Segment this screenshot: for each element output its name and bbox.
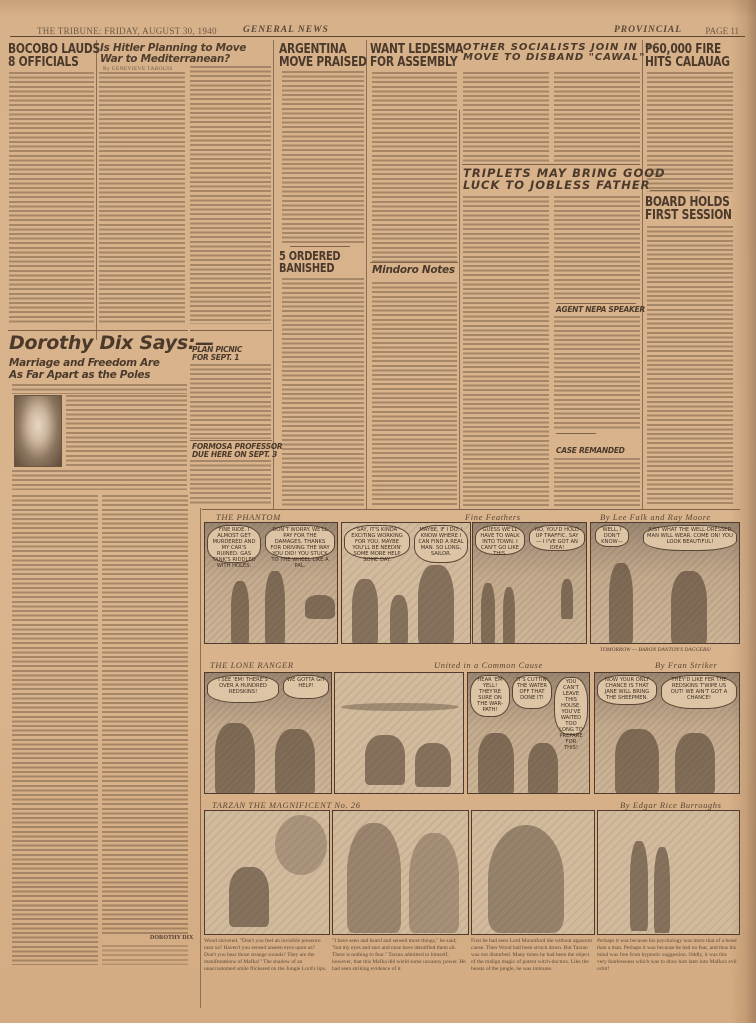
headline-dorothy-dix: Dorothy Dix Says:— [9,334,214,353]
car-figure [305,595,335,619]
speech-bubble: Hear 'em yell! They're sure on the war-p… [470,675,510,717]
article-body-case [554,458,640,506]
tarzan-panel-1 [204,810,330,935]
horse-rider-figure [415,743,451,787]
article-body-argentina [282,71,364,246]
phantom-panel-1: Fine ride. I almost get murdered and my … [204,522,338,644]
speech-bubble: They'd like fer the redskins t'wipe us o… [661,675,737,709]
article-body-ledesma [372,72,457,262]
article-body-formosa [190,460,271,506]
article-body-hitler-col2 [190,66,271,324]
column-rule [366,40,367,510]
tarzan-portrait [488,825,564,933]
tarzan-caption-3: First he had seen Lord Mountford die wit… [471,938,593,972]
phantom-panel-3: Guess we'll have to walk into town. I ca… [472,522,587,644]
comic-credit-lone-ranger: By Fran Striker [655,660,717,670]
comic-credit-phantom: By Lee Falk and Ray Moore [600,512,711,522]
comic-title-tarzan: TARZAN THE MAGNIFICENT No. 26 [212,800,361,810]
speech-bubble: No, you'd hold up traffic. Say — I I've … [529,525,585,551]
cowboy-figure [215,723,255,794]
speech-bubble: Fine ride. I almost get murdered and my … [207,525,261,563]
speech-bubble: I see 'em! There's over a hundred redski… [207,675,279,703]
headline-fire: ₱60,000 FIRE HITS CALAUAG [645,43,730,69]
divider [556,303,636,304]
sailor-figure [231,581,249,644]
tarzan-caption-2: "I have seen and heard and sensed more t… [332,938,467,972]
column-rule [459,110,460,510]
speech-bubble: Just what the well-dressed man will wear… [643,525,737,551]
article-body-dix-col1 [12,495,98,965]
headline-triplets: TRIPLETS MAY BRING GOOD LUCK TO JOBLESS … [463,168,666,191]
page-edge-shadow [730,0,756,1023]
speech-bubble: Well, I don't know— [595,525,629,547]
phantom-figure [265,571,285,644]
tarzan-panel-3 [471,810,595,935]
headline-case-remanded: CASE REMANDED [556,447,625,455]
editors-note [102,945,188,965]
divider [650,190,700,191]
woman-figure [390,595,408,644]
column-rule [200,508,201,1008]
column-rule [642,40,643,510]
headline-hitler: Is Hitler Planning to Move War to Medite… [100,43,246,64]
tarzan-figure [229,867,269,927]
article-body-dix-full [12,470,187,490]
divider [190,330,272,331]
comic-title-lone-ranger: THE LONE RANGER [210,660,294,670]
warrior-figure [630,841,648,931]
divider [8,330,188,331]
headline-board: BOARD HOLDS FIRST SESSION [645,196,732,222]
article-body-ordered [282,278,364,506]
comic-credit-tarzan: By Edgar Rice Burroughs [620,800,722,810]
subhead-dorothy-dix: Marriage and Freedom Are As Far Apart as… [9,357,160,381]
lone-ranger-panel-3: Hear 'em yell! They're sure on the war-p… [467,672,590,794]
phantom-panel-4: Well, I don't know— Just what the well-d… [590,522,740,644]
speech-bubble: Guess we'll have to walk into town. I ca… [475,525,525,555]
divider [556,433,596,434]
man-figure [675,733,715,794]
phantom-tomorrow-caption: TOMORROW — BARON DANTON'S DAGGERS! [600,647,711,653]
warrior-figure [654,847,670,933]
speech-bubble: Don't worry. We'll pay for the damages. … [265,525,335,559]
speech-bubble: Maybe, if I do, I know where I can find … [414,525,468,563]
article-body-socialists-col1 [463,72,549,162]
speech-bubble: It's cuttin' the water off that done it! [512,675,552,709]
divider [462,164,640,165]
divider [202,509,740,510]
section-general-news: GENERAL NEWS [243,25,329,35]
man-profile [347,823,401,933]
article-body-dix-col2 [102,495,188,935]
headline-socialists: OTHER SOCIALISTS JOIN IN MOVE TO DISBAND… [463,43,645,63]
headline-mindoro-notes: Mindoro Notes [372,265,455,276]
article-body-picnic [190,364,271,439]
article-body-dix-intro [12,384,187,394]
lone-ranger-panel-2 [334,672,464,794]
headline-ordered-banished: 5 ORDERED BANISHED [279,250,340,274]
comic-subtitle-phantom: Fine Feathers [465,512,521,522]
speech-bubble: Say, it's kinda exciting working for you… [344,525,410,559]
headline-ledesma: WANT LEDESMA FOR ASSEMBLY [370,43,463,69]
masthead-date: THE TRIBUNE: FRIDAY, AUGUST 30, 1940 [37,26,217,36]
dorothy-dix-portrait [14,395,62,467]
man-figure [478,733,514,794]
man-figure [615,729,659,794]
article-body-board [647,226,733,506]
mountain-ridge [341,703,459,711]
man-profile [409,833,459,933]
lone-ranger-panel-1: I see 'em! There's over a hundred redski… [204,672,332,794]
article-body-dix-wrap [66,395,187,467]
horse-rider-figure [365,735,405,785]
section-provincial: PROVINCIAL [614,25,682,35]
article-body-fire [647,72,733,192]
sailor-figure [352,579,378,644]
woman-figure [503,587,515,644]
comic-title-phantom: THE PHANTOM [216,512,281,522]
article-body-hitler-col1 [99,72,185,324]
article-body-triplets [463,196,549,506]
scarecrow-figure [561,579,573,619]
jungle-foliage [275,815,327,875]
man-figure [528,743,558,794]
comic-subtitle-lone-ranger: United in a Common Cause [434,660,543,670]
page-folio: THE TRIBUNE: FRIDAY, AUGUST 30, 1940 GEN… [10,25,745,37]
speech-bubble: You can't leave this house. You've waite… [554,677,588,735]
tarzan-panel-4 [597,810,740,935]
article-body-socialists-col2 [554,72,640,162]
phantom-figure [481,583,495,644]
phantom-panel-2: Say, it's kinda exciting working for you… [341,522,471,644]
article-body-bocobo [9,72,94,324]
divider [290,246,350,247]
lone-ranger-panel-4: Now your only chance is that Jane will b… [594,672,740,794]
headline-argentina: ARGENTINA MOVE PRAISED [279,43,367,69]
newspaper-page: THE TRIBUNE: FRIDAY, AUGUST 30, 1940 GEN… [0,0,756,1023]
article-body-mindoro [372,282,457,506]
scarecrow-figure [609,563,633,644]
headline-formosa: FORMOSA PROFESSOR DUE HERE ON SEPT. 3 [192,443,282,458]
tarzan-caption-1: Wood shivered. "Don't you feel an invisi… [204,938,328,972]
tarzan-panel-2 [332,810,469,935]
column-rule [96,40,97,340]
dix-signoff: DOROTHY DIX [150,935,193,941]
woman-figure [671,571,707,644]
divider [370,262,458,263]
article-body-triplets-col2 [554,196,640,301]
phantom-figure [418,565,454,644]
tarzan-caption-4: Perhaps it was because his psychology wa… [597,938,738,972]
divider [190,440,272,441]
headline-agent-nepa: AGENT NEPA SPEAKER [556,306,645,314]
column-rule [273,40,274,510]
article-body-nepa [554,316,640,431]
speech-bubble: Now your only chance is that Jane will b… [597,675,657,705]
cowboy-figure [275,729,315,794]
headline-bocobo: BOCOBO LAUDS 8 OFFICIALS [8,43,100,69]
speech-bubble: We gotta git help! [283,675,329,699]
